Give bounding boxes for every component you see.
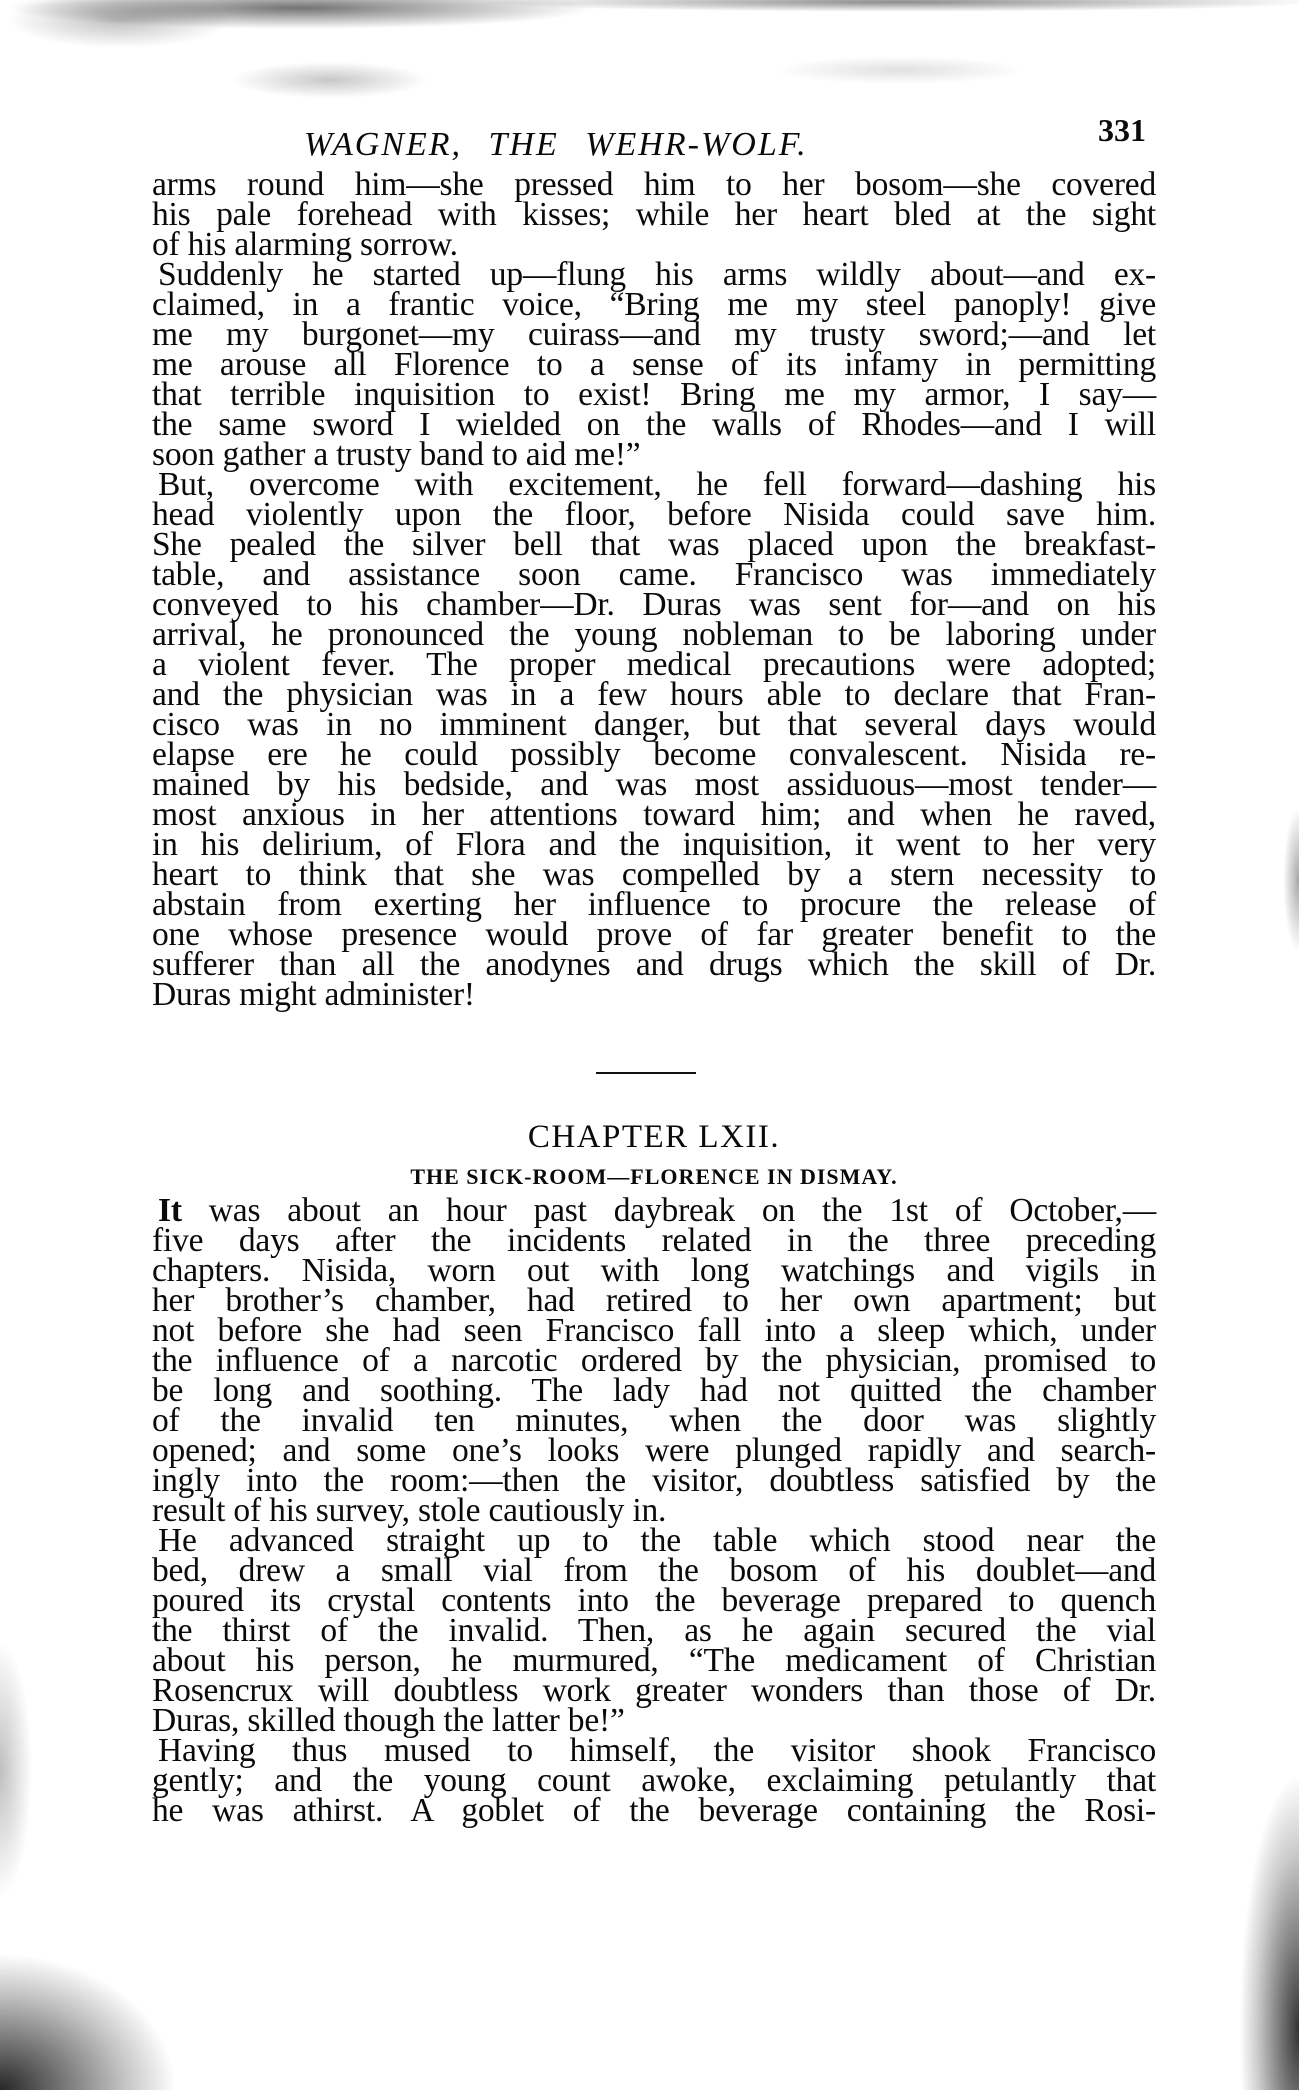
scan-noise-right [1259, 780, 1299, 980]
text-line: he was athirst. A goblet of the beverage… [152, 1796, 1156, 1826]
chapter-subtitle: THE SICK-ROOM—FLORENCE IN DISMAY. [152, 1164, 1156, 1190]
scan-noise-left [0, 1600, 60, 1930]
page-number: 331 [1098, 112, 1146, 149]
section-divider [596, 1072, 696, 1074]
running-head: WAGNER, THE WEHR-WOLF. 331 [152, 100, 1156, 160]
chapter-title: CHAPTER LXII. [152, 1120, 1156, 1154]
previous-chapter-text: arms round him—she pressed him to her bo… [152, 170, 1156, 1010]
chapter-text: It was about an hour past daybreak on th… [152, 1196, 1156, 1826]
text-line: Duras might administer! [152, 980, 1156, 1010]
scan-noise-top [0, 0, 1299, 110]
running-title: WAGNER, THE WEHR-WOLF. [304, 126, 808, 164]
book-page: WAGNER, THE WEHR-WOLF. 331 arms round hi… [152, 100, 1156, 1826]
scan-noise-bottom-right [1209, 1730, 1299, 2090]
